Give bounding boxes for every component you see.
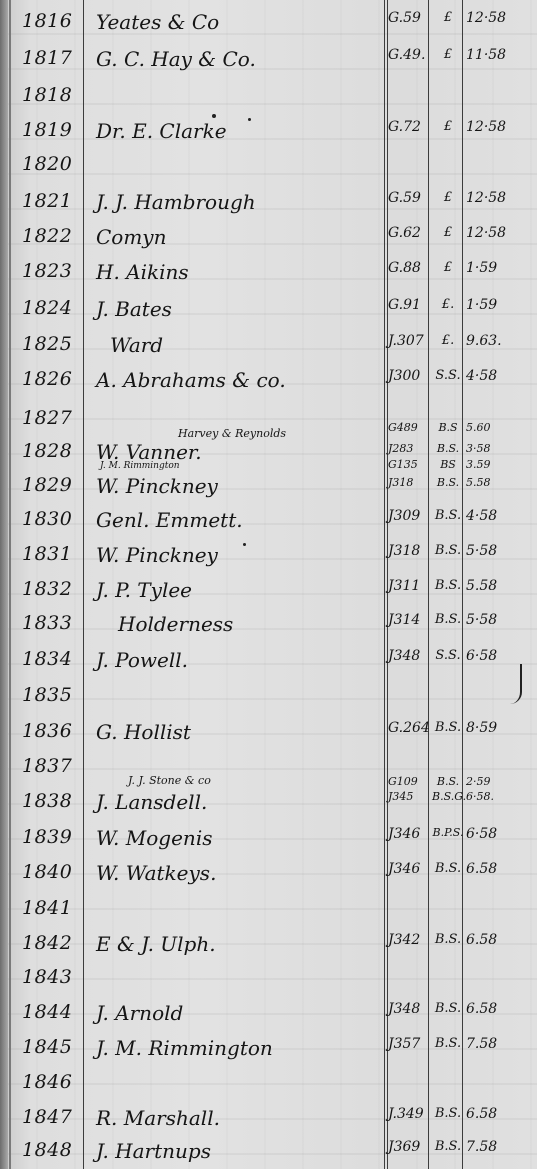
ref-cell: J314 — [388, 612, 430, 628]
ref-cell: J342 — [388, 932, 430, 948]
year-cell: 1832 — [22, 578, 82, 600]
year-cell: 1843 — [22, 966, 82, 988]
class-cell: £ — [432, 10, 464, 25]
class-cell: £ — [432, 260, 464, 275]
ref-cell: G.59 — [388, 10, 430, 26]
ref-cell: J283 — [388, 442, 430, 455]
name-cell: Genl. Emmett. — [96, 508, 376, 532]
ledger-row: 1848 J. Hartnups J369 B.S. 7.58 — [0, 1139, 537, 1169]
ref-cell: G.62 — [388, 225, 430, 241]
ledger-row: 1837 G109 B.S. 2·59 — [0, 755, 537, 785]
rate-cell: 5·58 — [466, 543, 526, 559]
name-cell: Comyn — [96, 225, 376, 249]
class-cell: B.P.S. — [432, 826, 464, 839]
rate-cell: 2·59 — [466, 775, 526, 788]
rate-cell: 6.58 — [466, 1001, 526, 1017]
class-cell: £. — [432, 297, 464, 312]
name-cell: Yeates & Co — [96, 10, 376, 34]
rate-cell: 6.58 — [466, 932, 526, 948]
year-cell: 1822 — [22, 225, 82, 247]
ledger-row: 1818 — [0, 84, 537, 114]
name-cell: J. Bates — [96, 297, 376, 321]
ledger-row: 1830 Genl. Emmett. J309 B.S. 4·58 — [0, 508, 537, 538]
rate-cell: 6·58 — [466, 826, 526, 842]
class-cell: B.S. — [432, 508, 464, 523]
rate-cell: 6·58 — [466, 648, 526, 664]
ref-cell: G.264 — [388, 720, 430, 736]
class-cell: B.S. — [432, 720, 464, 735]
rate-cell: 6·58. — [466, 790, 526, 803]
year-cell: 1819 — [22, 119, 82, 141]
ref-cell: G.91 — [388, 297, 430, 313]
class-cell: B.S. — [432, 578, 464, 593]
ledger-row: 1834 J. Powell. J348 S.S. 6·58 — [0, 648, 537, 678]
class-cell: B.S. — [432, 543, 464, 558]
year-cell: 1824 — [22, 297, 82, 319]
year-cell: 1823 — [22, 260, 82, 282]
name-cell: J. Lansdell. — [96, 790, 376, 814]
ledger-row: 1816 Yeates & Co G.59 £ 12·58 — [0, 10, 537, 40]
class-cell: S.S. — [432, 368, 464, 383]
ledger-row: 1817 G. C. Hay & Co. G.49. £ 11·58 — [0, 47, 537, 77]
ledger-row: 1829 W. Pinckney J318 B.S. 5.58 — [0, 474, 537, 504]
rate-cell: 5.58 — [466, 476, 526, 489]
ledger-row: 1819 Dr. E. Clarke G.72 £ 12·58 — [0, 119, 537, 149]
ref-cell: J.307 — [388, 333, 430, 349]
ledger-row: 1833 Holderness J314 B.S. 5·58 — [0, 612, 537, 642]
ledger-row: 1823 H. Aikins G.88 £ 1·59 — [0, 260, 537, 290]
name-cell: A. Abrahams & co. — [96, 368, 376, 392]
ref-cell: J300 — [388, 368, 430, 384]
rate-cell: 5·58 — [466, 612, 526, 628]
ref-cell: J357 — [388, 1036, 430, 1052]
year-cell: 1821 — [22, 190, 82, 212]
ref-cell: G489 — [388, 421, 430, 434]
ref-cell: J309 — [388, 508, 430, 524]
class-cell: B.S — [432, 421, 464, 434]
name-cell: Holderness — [118, 612, 398, 636]
rate-cell: 8·59 — [466, 720, 526, 736]
name-cell: H. Aikins — [96, 260, 376, 284]
rate-cell: 7.58 — [466, 1139, 526, 1155]
class-cell: B.S. — [432, 1139, 464, 1154]
class-cell: B.S. — [432, 442, 464, 455]
rate-cell: 5.58 — [466, 578, 526, 594]
name-cell: J. J. Hambrough — [96, 190, 376, 214]
ledger-row: 1845 J. M. Rimmington J357 B.S. 7.58 — [0, 1036, 537, 1066]
class-cell: B.S. — [432, 1036, 464, 1051]
ref-cell: J348 — [388, 648, 430, 664]
class-cell: B.S. — [432, 932, 464, 947]
annotation-stone-co: J. J. Stone & co — [128, 774, 211, 787]
class-cell: B.S. — [432, 612, 464, 627]
ledger-row: 1835 — [0, 684, 537, 714]
year-cell: 1825 — [22, 333, 82, 355]
ledger-row: 1840 W. Watkeys. J346 B.S. 6.58 — [0, 861, 537, 891]
ledger-row: 1826 A. Abrahams & co. J300 S.S. 4·58 — [0, 368, 537, 398]
ref-cell: J346 — [388, 826, 430, 842]
ref-cell: G.72 — [388, 119, 430, 135]
ledger-row: 1822 Comyn G.62 £ 12·58 — [0, 225, 537, 255]
year-cell: 1827 — [22, 407, 82, 429]
ref-cell: J.349 — [388, 1106, 430, 1122]
rate-cell: 3.59 — [466, 458, 526, 471]
ledger-row: 1842 E & J. Ulph. J342 B.S. 6.58 — [0, 932, 537, 962]
name-cell: W. Pinckney — [96, 543, 376, 567]
name-cell: J. Powell. — [96, 648, 376, 672]
ref-cell: J345 — [388, 790, 430, 803]
rate-cell: 6.58 — [466, 861, 526, 877]
class-cell: £ — [432, 47, 464, 62]
annotation-harvey-reynolds: Harvey & Reynolds — [178, 427, 286, 440]
rate-cell: 12·58 — [466, 190, 526, 206]
ledger-row: 1836 G. Hollist G.264 B.S. 8·59 — [0, 720, 537, 750]
year-cell: 1829 — [22, 474, 82, 496]
rate-cell: 1·59 — [466, 297, 526, 313]
ref-cell: G.59 — [388, 190, 430, 206]
year-cell: 1847 — [22, 1106, 82, 1128]
class-cell: B.S. — [432, 861, 464, 876]
name-cell: J. Arnold — [96, 1001, 376, 1025]
ledger-row: 1825 Ward J.307 £. 9.63. — [0, 333, 537, 363]
ledger-row: 1841 — [0, 897, 537, 927]
class-cell: £. — [432, 333, 464, 348]
ledger-row: 1844 J. Arnold J348 B.S. 6.58 — [0, 1001, 537, 1031]
year-cell: 1845 — [22, 1036, 82, 1058]
name-cell: R. Marshall. — [96, 1106, 376, 1130]
name-cell: J. Hartnups — [96, 1139, 376, 1163]
year-cell: 1841 — [22, 897, 82, 919]
ref-cell: G109 — [388, 775, 430, 788]
ref-cell: J346 — [388, 861, 430, 877]
ledger-row: 1821 J. J. Hambrough G.59 £ 12·58 — [0, 190, 537, 220]
rate-cell: 9.63. — [466, 333, 526, 349]
rate-cell: 5.60 — [466, 421, 526, 434]
year-cell: 1842 — [22, 932, 82, 954]
year-cell: 1839 — [22, 826, 82, 848]
class-cell: B.S. — [432, 1106, 464, 1121]
name-cell: Ward — [110, 333, 390, 357]
class-cell: S.S. — [432, 648, 464, 663]
year-cell: 1836 — [22, 720, 82, 742]
year-cell: 1844 — [22, 1001, 82, 1023]
ref-cell: J318 — [388, 476, 430, 489]
name-cell: Dr. E. Clarke — [96, 119, 376, 143]
ref-cell: J318 — [388, 543, 430, 559]
ledger-row: 1832 J. P. Tylee J311 B.S. 5.58 — [0, 578, 537, 608]
class-cell: B.S. — [432, 476, 464, 489]
rate-cell: 1·59 — [466, 260, 526, 276]
ink-spot — [243, 543, 246, 546]
ledger-row: 1838 J. Lansdell. J345 B.S.G. 6·58. — [0, 790, 537, 820]
name-cell: G. C. Hay & Co. — [96, 47, 376, 71]
ink-spot — [212, 114, 216, 118]
rate-cell: 4·58 — [466, 368, 526, 384]
class-cell: BS — [432, 458, 464, 471]
ledger-row: 1820 — [0, 153, 537, 183]
name-cell: J. P. Tylee — [96, 578, 376, 602]
name-cell: W. Pinckney — [96, 474, 376, 498]
year-cell: 1816 — [22, 10, 82, 32]
year-cell: 1831 — [22, 543, 82, 565]
name-cell: W. Mogenis — [96, 826, 376, 850]
ref-cell: G.88 — [388, 260, 430, 276]
ref-cell: G.49. — [388, 47, 430, 63]
year-cell: 1826 — [22, 368, 82, 390]
year-cell: 1833 — [22, 612, 82, 634]
year-cell: 1817 — [22, 47, 82, 69]
class-cell: £ — [432, 190, 464, 205]
year-cell: 1838 — [22, 790, 82, 812]
year-cell: 1830 — [22, 508, 82, 530]
year-cell: 1846 — [22, 1071, 82, 1093]
ledger-row: 1831 W. Pinckney J318 B.S. 5·58 — [0, 543, 537, 573]
ref-cell: J369 — [388, 1139, 430, 1155]
class-cell: B.S. — [432, 1001, 464, 1016]
class-cell: B.S.G. — [432, 790, 464, 803]
year-cell: 1820 — [22, 153, 82, 175]
name-cell: G. Hollist — [96, 720, 376, 744]
rate-cell: 7.58 — [466, 1036, 526, 1052]
ledger-row: 1846 — [0, 1071, 537, 1101]
year-cell: 1818 — [22, 84, 82, 106]
year-cell: 1837 — [22, 755, 82, 777]
ink-spot — [248, 118, 251, 121]
rate-cell: 6.58 — [466, 1106, 526, 1122]
rate-cell: 4·58 — [466, 508, 526, 524]
ledger-row: 1843 — [0, 966, 537, 996]
ledger-row: 1824 J. Bates G.91 £. 1·59 — [0, 297, 537, 327]
class-cell: £ — [432, 119, 464, 134]
class-cell: £ — [432, 225, 464, 240]
year-cell: 1834 — [22, 648, 82, 670]
ref-cell: J348 — [388, 1001, 430, 1017]
rate-cell: 12·58 — [466, 119, 526, 135]
year-cell: 1835 — [22, 684, 82, 706]
name-cell: E & J. Ulph. — [96, 932, 376, 956]
ledger-row: 1839 W. Mogenis J346 B.P.S. 6·58 — [0, 826, 537, 856]
rate-cell: 12·58 — [466, 10, 526, 26]
year-cell: 1848 — [22, 1139, 82, 1161]
ledger-row: 1847 R. Marshall. J.349 B.S. 6.58 — [0, 1106, 537, 1136]
ref-cell: J311 — [388, 578, 430, 594]
rate-cell: 3·58 — [466, 442, 526, 455]
year-cell: 1840 — [22, 861, 82, 883]
rate-cell: 12·58 — [466, 225, 526, 241]
class-cell: B.S. — [432, 775, 464, 788]
name-cell: J. M. Rimmington — [96, 1036, 376, 1060]
rate-cell: 11·58 — [466, 47, 526, 63]
name-cell: W. Watkeys. — [96, 861, 376, 885]
ledger-page: 1816 Yeates & Co G.59 £ 12·58 1817 G. C.… — [0, 0, 537, 1169]
ref-cell: G135 — [388, 458, 430, 471]
